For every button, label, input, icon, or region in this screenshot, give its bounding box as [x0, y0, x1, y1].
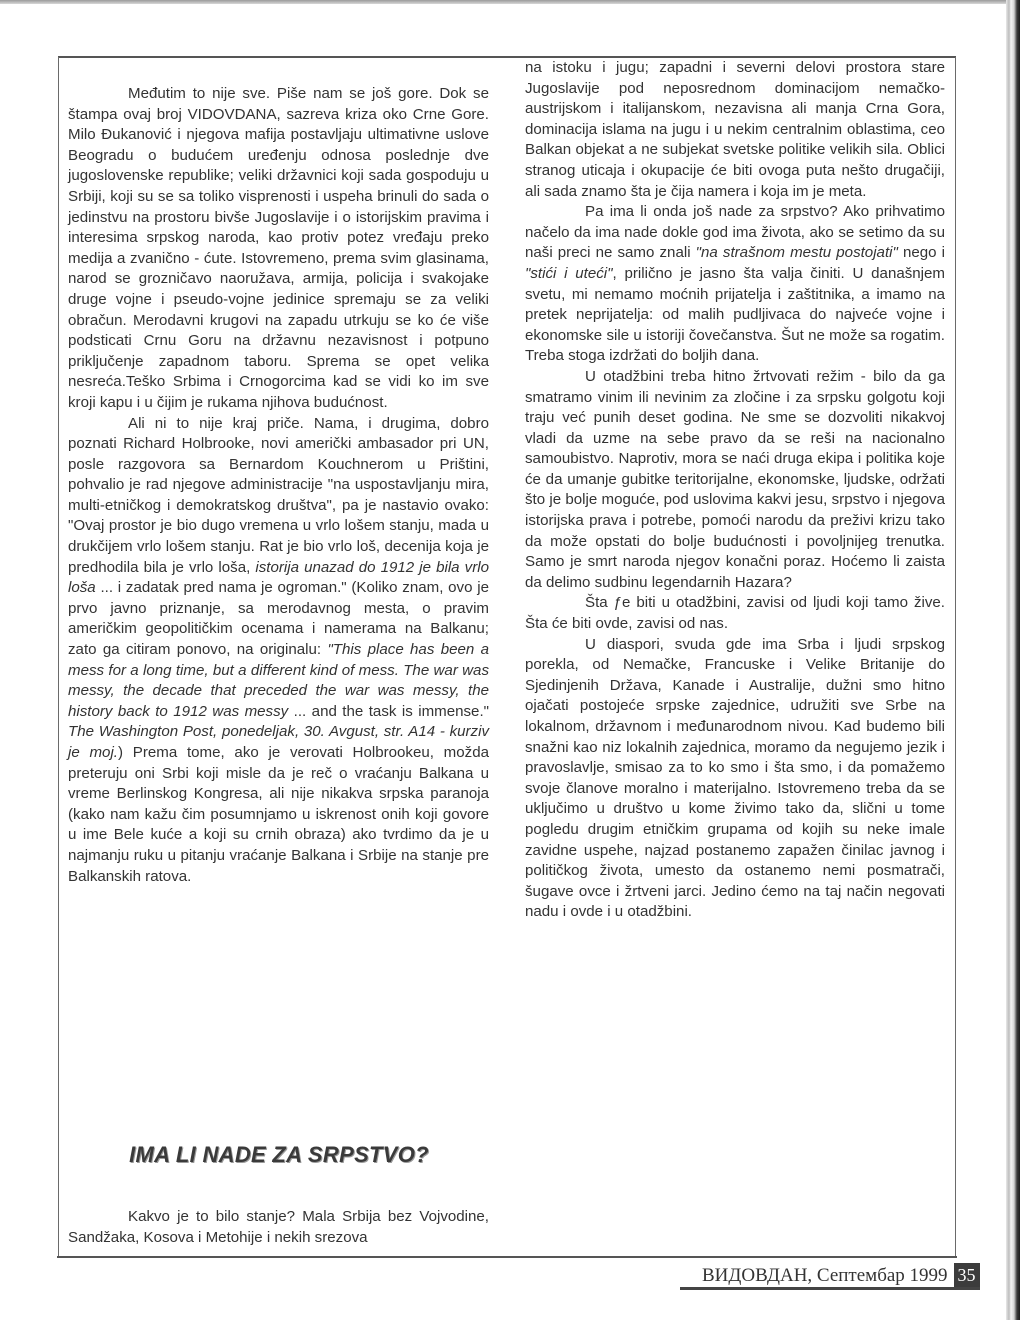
- page-footer: ВИДОВДАН, Септембар 1999 35: [680, 1263, 980, 1288]
- section-heading: IMA LI NADE ZA SRPSTVO?: [58, 1142, 500, 1168]
- paragraph: Međutim to nije sve. Piše nam se još gor…: [68, 84, 489, 414]
- left-column-text-after-heading: Kakvo je to bilo stanje? Mala Srbija bez…: [68, 1207, 489, 1248]
- publication-title: ВИДОВДАН, Септембар 1999: [680, 1263, 954, 1288]
- paragraph: Šta ƒe biti u otadžbini, zavisi od ljudi…: [525, 593, 945, 634]
- left-bottom-rule: [57, 1256, 514, 1258]
- paragraph: Pa ima li onda još nade za srpstvo? Ako …: [525, 202, 945, 367]
- right-column-text: na istoku i jugu; zapadni i severni delo…: [525, 58, 945, 923]
- paragraph: Ali ni to nije kraj priče. Nama, i drugi…: [68, 414, 489, 888]
- scan-edge-top: [0, 0, 1008, 4]
- paragraph: Kakvo je to bilo stanje? Mala Srbija bez…: [68, 1207, 489, 1248]
- scan-edge-right: [1006, 0, 1020, 1320]
- paragraph: na istoku i jugu; zapadni i severni delo…: [525, 58, 945, 202]
- page-number: 35: [954, 1263, 980, 1288]
- paragraph: U diaspori, svuda gde ima Srba i ljudi s…: [525, 635, 945, 923]
- footer-rule: [680, 1287, 980, 1290]
- left-column-text: Međutim to nije sve. Piše nam se još gor…: [68, 84, 489, 887]
- paragraph: U otadžbini treba hitno žrtvovati režim …: [525, 367, 945, 594]
- right-bottom-rule: [500, 1256, 957, 1258]
